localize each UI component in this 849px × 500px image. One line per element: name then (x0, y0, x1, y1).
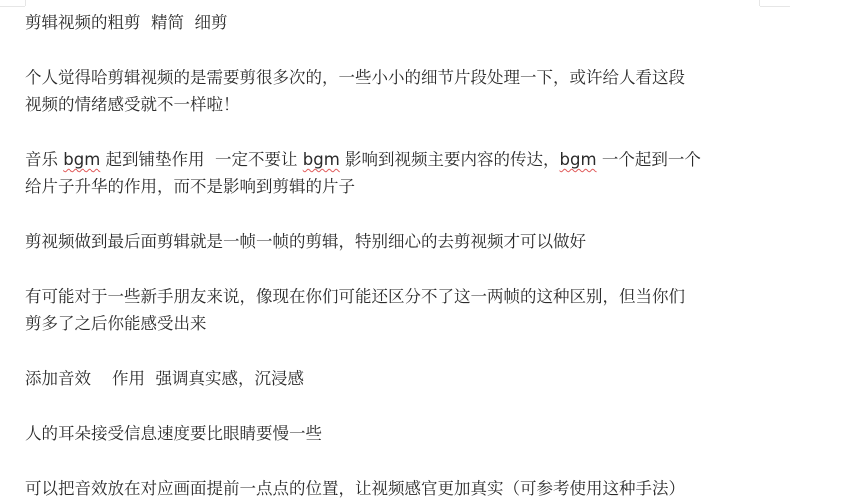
paragraph-spacer (25, 255, 770, 283)
text-run: 影响到视频主要内容的传达， (340, 150, 560, 169)
paragraph-spacer (25, 392, 770, 420)
paragraph-sound-timing: 可以把音效放在对应画面提前一点点的位置，让视频感官更加真实（可参考使用这种手法） (25, 475, 770, 500)
paragraph-line: 给片子升华的作用，而不是影响到剪辑的片子 (25, 173, 770, 200)
text-run: 一个起到一个 (597, 150, 701, 169)
page-corner-mark-left (0, 6, 25, 7)
paragraph-line: 音乐 bgm 起到铺垫作用 一定不要让 bgm 影响到视频主要内容的传达，bgm… (25, 146, 770, 173)
paragraph-line: 剪多了之后你能感受出来 (25, 310, 770, 337)
page-corner-mark-left-vertical (25, 0, 26, 6)
spellcheck-word[interactable]: bgm (560, 150, 597, 169)
text-run: 音乐 (25, 150, 63, 169)
document-heading: 剪辑视频的粗剪 精简 细剪 (25, 9, 770, 36)
page-corner-mark-right-vertical (759, 0, 760, 6)
paragraph-sound-effects: 添加音效 作用 强调真实感，沉浸感 (25, 365, 770, 392)
spellcheck-word[interactable]: bgm (63, 150, 100, 169)
paragraph-line: 视频的情绪感受就不一样啦！ (25, 91, 770, 118)
document-body[interactable]: 剪辑视频的粗剪 精简 细剪 个人觉得哈剪辑视频的是需要剪很多次的，一些小小的细节… (25, 9, 770, 500)
paragraph-spacer (25, 36, 770, 64)
paragraph-spacer (25, 447, 770, 475)
paragraph-bgm: 音乐 bgm 起到铺垫作用 一定不要让 bgm 影响到视频主要内容的传达，bgm… (25, 146, 770, 200)
paragraph-ears: 人的耳朵接受信息速度要比眼睛要慢一些 (25, 420, 770, 447)
page-corner-mark-right (760, 6, 790, 7)
paragraph-frame-by-frame: 剪视频做到最后面剪辑就是一帧一帧的剪辑，特别细心的去剪视频才可以做好 (25, 228, 770, 255)
paragraph-line: 个人觉得哈剪辑视频的是需要剪很多次的，一些小小的细节片段处理一下，或许给人看这段 (25, 64, 770, 91)
paragraph-spacer (25, 118, 770, 146)
paragraph-beginners: 有可能对于一些新手朋友来说，像现在你们可能还区分不了这一两帧的这种区别，但当你们… (25, 283, 770, 337)
spellcheck-word[interactable]: bgm (303, 150, 340, 169)
paragraph-spacer (25, 337, 770, 365)
paragraph-line: 有可能对于一些新手朋友来说，像现在你们可能还区分不了这一两帧的这种区别，但当你们 (25, 283, 770, 310)
paragraph-editing-passes: 个人觉得哈剪辑视频的是需要剪很多次的，一些小小的细节片段处理一下，或许给人看这段… (25, 64, 770, 118)
text-run: 起到铺垫作用 一定不要让 (100, 150, 302, 169)
paragraph-spacer (25, 200, 770, 228)
